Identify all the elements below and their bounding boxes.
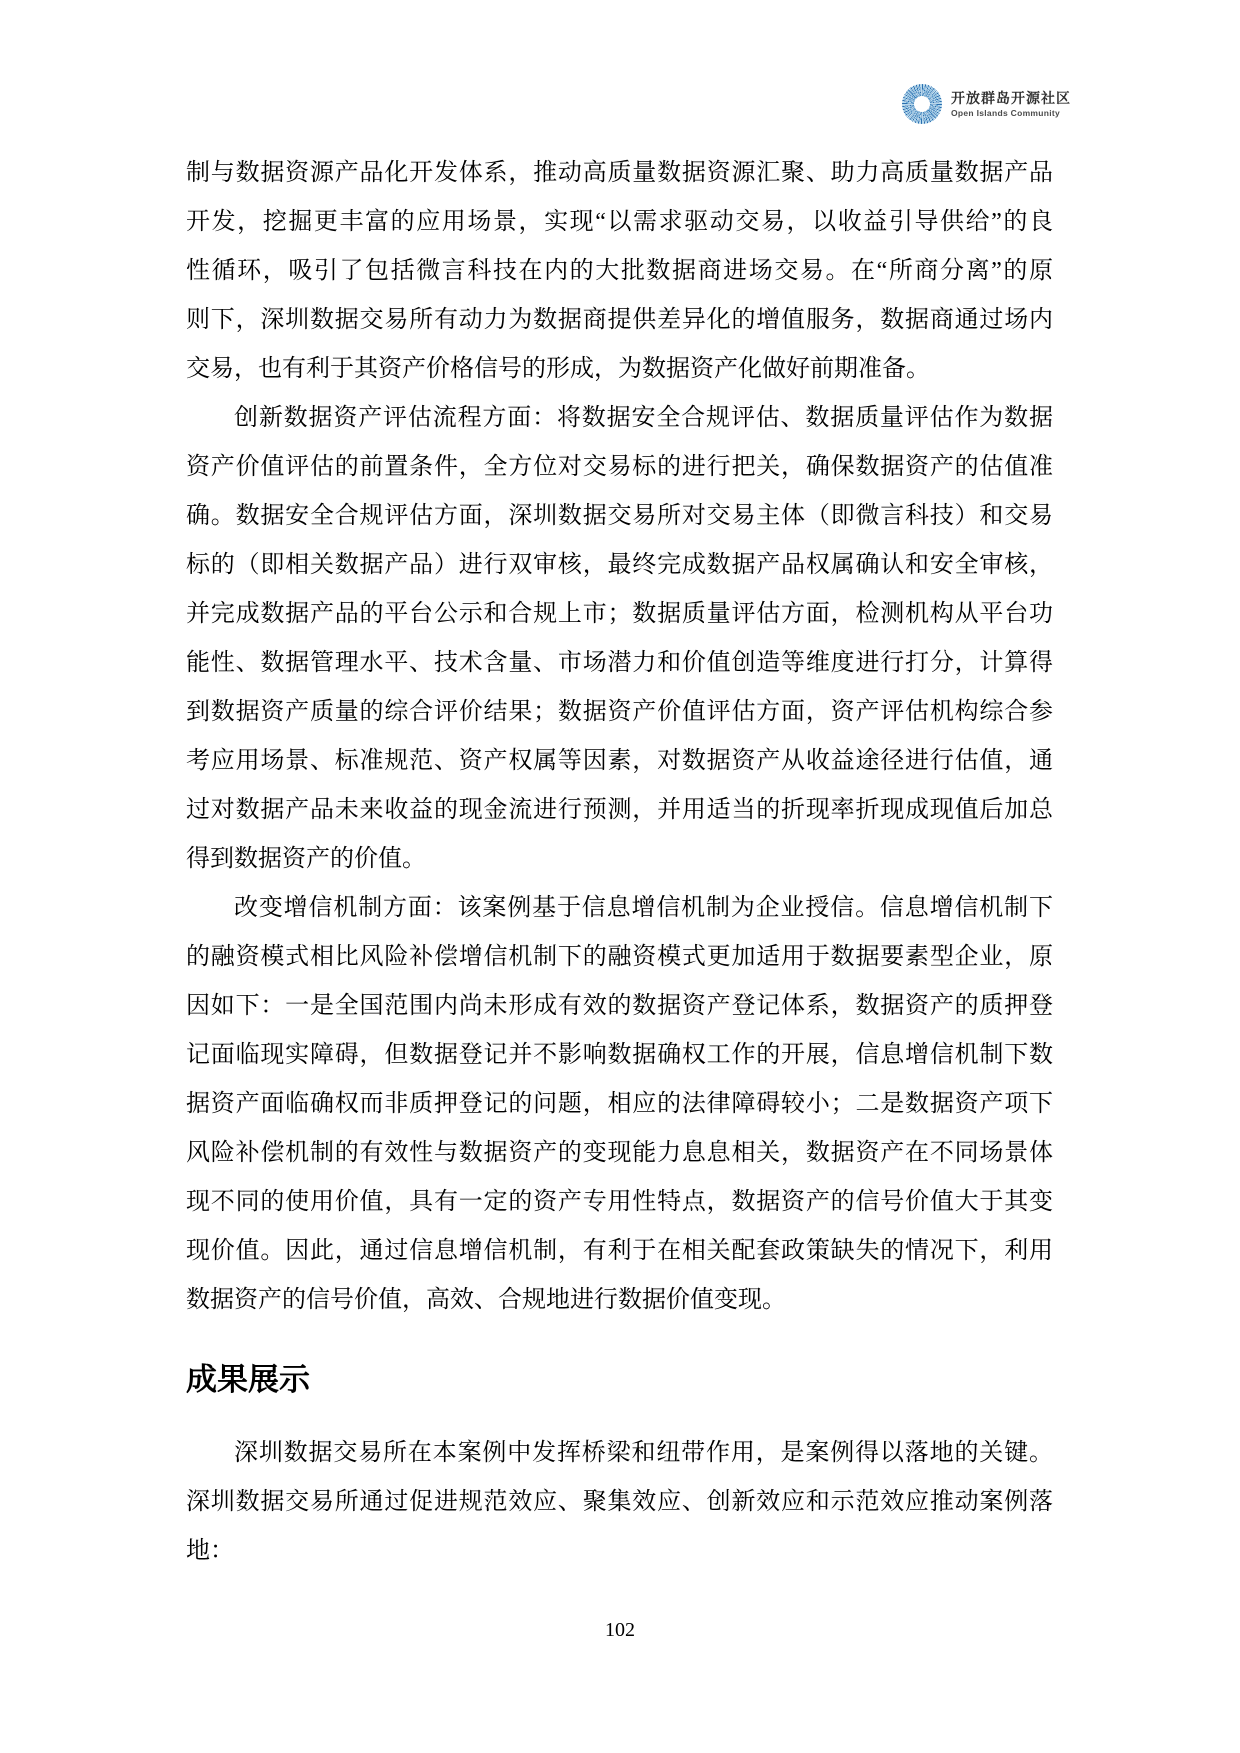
- text-line: 得到数据资产的价值。: [186, 835, 1053, 884]
- text-line: 现价值。因此，通过信息增信机制，有利于在相关配套政策缺失的情况下，利用: [186, 1227, 1053, 1276]
- document-body: 制与数据资源产品化开发体系，推动高质量数据资源汇聚、助力高质量数据产品 开发，挖…: [186, 149, 1053, 1576]
- paragraph: 制与数据资源产品化开发体系，推动高质量数据资源汇聚、助力高质量数据产品 开发，挖…: [186, 149, 1053, 394]
- text-line: 到数据资产质量的综合评价结果；数据资产价值评估方面，资产评估机构综合参: [186, 688, 1053, 737]
- text-line: 改变增信机制方面：该案例基于信息增信机制为企业授信。信息增信机制下: [186, 884, 1053, 933]
- text-line: 风险补偿机制的有效性与数据资产的变现能力息息相关，数据资产在不同场景体: [186, 1129, 1053, 1178]
- text-line: 创新数据资产评估流程方面：将数据安全合规评估、数据质量评估作为数据: [186, 394, 1053, 443]
- logo: 开放群岛开源社区 Open Islands Community: [902, 84, 1071, 124]
- text-line: 标的（即相关数据产品）进行双审核，最终完成数据产品权属确认和安全审核，: [186, 541, 1053, 590]
- logo-text: 开放群岛开源社区 Open Islands Community: [951, 90, 1071, 118]
- text-line: 因如下：一是全国范围内尚未形成有效的数据资产登记体系，数据资产的质押登: [186, 982, 1053, 1031]
- text-line: 考应用场景、标准规范、资产权属等因素，对数据资产从收益途径进行估值，通: [186, 737, 1053, 786]
- text-line: 制与数据资源产品化开发体系，推动高质量数据资源汇聚、助力高质量数据产品: [186, 149, 1053, 198]
- page-footer: 102: [0, 1608, 1240, 1652]
- text-line: 性循环，吸引了包括微言科技在内的大批数据商进场交易。在“所商分离”的原: [186, 247, 1053, 296]
- text-line: 地：: [186, 1527, 1053, 1576]
- text-line: 据资产面临确权而非质押登记的问题，相应的法律障碍较小；二是数据资产项下: [186, 1080, 1053, 1129]
- document-page: 开放群岛开源社区 Open Islands Community 制与数据资源产品…: [0, 0, 1240, 1753]
- text-line: 交易，也有利于其资产价格信号的形成，为数据资产化做好前期准备。: [186, 345, 1053, 394]
- text-line: 深圳数据交易所在本案例中发挥桥梁和纽带作用，是案例得以落地的关键。: [186, 1429, 1053, 1478]
- logo-title-zh: 开放群岛开源社区: [951, 90, 1071, 106]
- text-line: 数据资产的信号价值，高效、合规地进行数据价值变现。: [186, 1276, 1053, 1325]
- text-line: 则下，深圳数据交易所有动力为数据商提供差异化的增值服务，数据商通过场内: [186, 296, 1053, 345]
- text-line: 的融资模式相比风险补偿增信机制下的融资模式更加适用于数据要素型企业，原: [186, 933, 1053, 982]
- section-heading: 成果展示: [186, 1355, 1053, 1404]
- text-line: 现不同的使用价值，具有一定的资产专用性特点，数据资产的信号价值大于其变: [186, 1178, 1053, 1227]
- text-line: 过对数据产品未来收益的现金流进行预测，并用适当的折现率折现成现值后加总: [186, 786, 1053, 835]
- logo-title-en: Open Islands Community: [951, 108, 1071, 118]
- paragraph: 改变增信机制方面：该案例基于信息增信机制为企业授信。信息增信机制下 的融资模式相…: [186, 884, 1053, 1325]
- text-line: 深圳数据交易所通过促进规范效应、聚集效应、创新效应和示范效应推动案例落: [186, 1478, 1053, 1527]
- paragraph: 深圳数据交易所在本案例中发挥桥梁和纽带作用，是案例得以落地的关键。 深圳数据交易…: [186, 1429, 1053, 1576]
- logo-sunburst-icon: [902, 84, 942, 124]
- text-line: 能性、数据管理水平、技术含量、市场潜力和价值创造等维度进行打分，计算得: [186, 639, 1053, 688]
- text-line: 并完成数据产品的平台公示和合规上市；数据质量评估方面，检测机构从平台功: [186, 590, 1053, 639]
- paragraph: 创新数据资产评估流程方面：将数据安全合规评估、数据质量评估作为数据 资产价值评估…: [186, 394, 1053, 884]
- text-line: 记面临现实障碍，但数据登记并不影响数据确权工作的开展，信息增信机制下数: [186, 1031, 1053, 1080]
- text-line: 开发，挖掘更丰富的应用场景，实现“以需求驱动交易，以收益引导供给”的良: [186, 198, 1053, 247]
- text-line: 资产价值评估的前置条件，全方位对交易标的进行把关，确保数据资产的估值准: [186, 443, 1053, 492]
- text-line: 确。数据安全合规评估方面，深圳数据交易所对交易主体（即微言科技）和交易: [186, 492, 1053, 541]
- page-number: 102: [0, 1608, 1240, 1652]
